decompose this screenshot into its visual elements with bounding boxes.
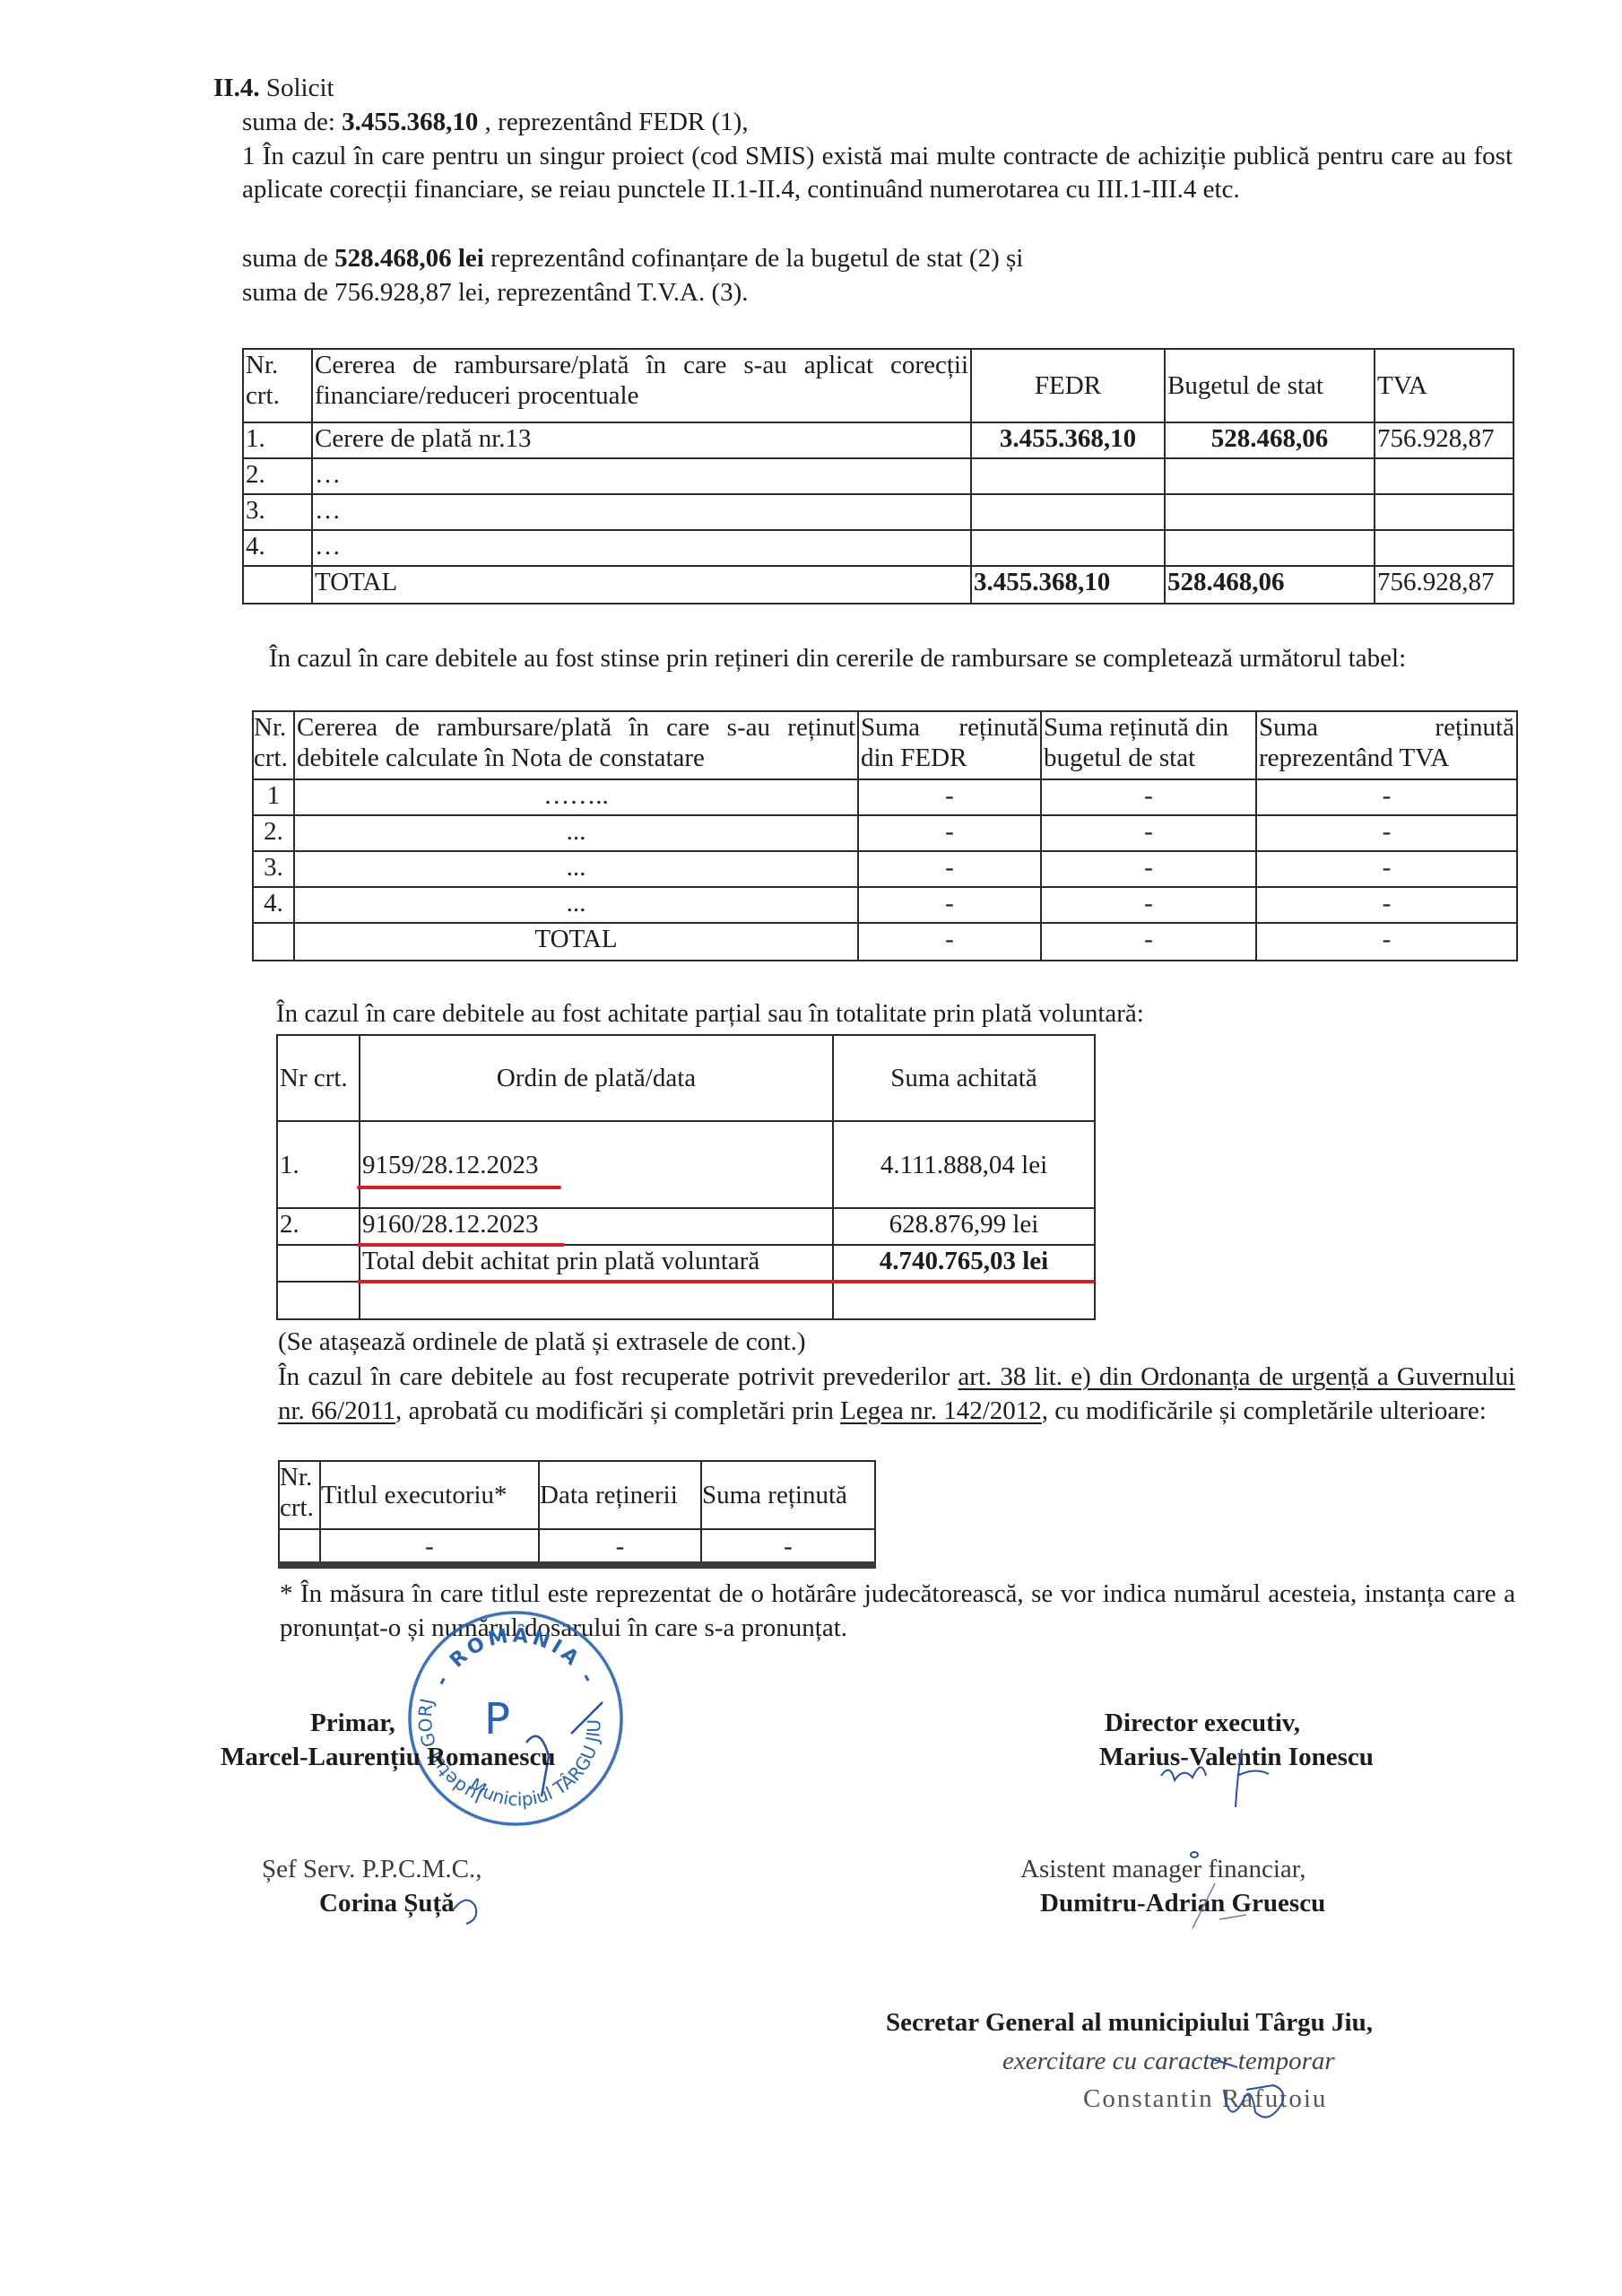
- header-cerere: Cererea de rambursare/plată în care s-au…: [294, 711, 858, 779]
- total-label: Total debit achitat prin plată voluntară: [360, 1245, 833, 1282]
- smis-note: 1 În cazul în care pentru un singur proi…: [242, 140, 1513, 206]
- red-underline-ordin-2: [357, 1243, 565, 1247]
- table-total-row: Total debit achitat prin plată voluntară…: [277, 1245, 1095, 1282]
- table-total-row: TOTAL 3.455.368,10 528.468,06 756.928,87: [243, 566, 1514, 604]
- cell-nr: [279, 1529, 320, 1565]
- total-buget: -: [1041, 923, 1256, 961]
- cell-fedr: -: [858, 815, 1041, 851]
- header-nr: Nr. crt.: [253, 711, 294, 779]
- retention-intro: În cazul în care debitele au fost stinse…: [269, 642, 1516, 675]
- official-stamp-icon: - ROMÂNIA - Județul GORJ Municipiul TÂRG…: [405, 1608, 626, 1829]
- cell-fedr: -: [858, 779, 1041, 815]
- tva-line: suma de 756.928,87 lei, reprezentând T.V…: [242, 276, 749, 309]
- corrections-table: Nr. crt. Cererea de rambursare/plată în …: [242, 348, 1514, 604]
- table-row: 4. …: [243, 530, 1514, 566]
- table-row: 1. 9159/28.12.2023 4.111.888,04 lei: [277, 1121, 1095, 1208]
- paragraph-text: , cu modificările și completările ulteri…: [1042, 1396, 1487, 1425]
- total-label: TOTAL: [312, 566, 971, 604]
- cell-buget: [1165, 530, 1375, 566]
- cell-cerere: ...: [294, 887, 858, 923]
- table-row: 4. ... - - -: [253, 887, 1517, 923]
- section-title: Solicit: [266, 74, 334, 102]
- sef-signature-icon: [448, 1883, 493, 1928]
- cell-data: -: [539, 1529, 701, 1565]
- cell-buget: -: [1041, 851, 1256, 887]
- cell-suma: -: [701, 1529, 875, 1565]
- table-row: 3. ... - - -: [253, 851, 1517, 887]
- total-fedr: 3.455.368,10: [971, 566, 1165, 604]
- director-signature-icon: [1157, 1740, 1282, 1812]
- total-label: TOTAL: [294, 923, 858, 961]
- paragraph-text: În cazul în care debitele au fost recupe…: [278, 1362, 950, 1391]
- fedr-amount: 3.455.368,10: [342, 108, 478, 136]
- cell-nr: 1.: [277, 1121, 360, 1208]
- line-prefix: suma de: [242, 244, 328, 273]
- cell-titlu: -: [320, 1529, 539, 1565]
- header-suma: Suma achitată: [833, 1035, 1095, 1121]
- cell-buget: -: [1041, 887, 1256, 923]
- header-tva: Suma reținută reprezentând TVA: [1256, 711, 1517, 779]
- table-row: 1. Cerere de plată nr.13 3.455.368,10 52…: [243, 422, 1514, 458]
- asistent-signature-icon: [1184, 1848, 1255, 1937]
- cell-buget: -: [1041, 779, 1256, 815]
- section-number: II.4.: [213, 74, 260, 102]
- asistent-title: Asistent manager financiar,: [1020, 1852, 1306, 1886]
- attach-note: (Se atașează ordinele de plată și extras…: [278, 1326, 806, 1359]
- cell-cerere: Cerere de plată nr.13: [312, 422, 971, 458]
- cell-buget: [1165, 458, 1375, 494]
- cell-fedr: -: [858, 851, 1041, 887]
- header-cerere: Cererea de rambursare/plată în care s-au…: [312, 349, 971, 422]
- cell-fedr: [971, 530, 1165, 566]
- total-fedr: -: [858, 923, 1041, 961]
- cell-fedr: -: [858, 887, 1041, 923]
- cofinantare-line: suma de 528.468,06 lei reprezentând cofi…: [242, 242, 1023, 275]
- header-buget: Bugetul de stat: [1165, 349, 1375, 422]
- red-underline-total: [357, 1280, 1095, 1283]
- cell-nr: 1: [253, 779, 294, 815]
- table-row: [277, 1282, 1095, 1319]
- cell-nr: [277, 1245, 360, 1282]
- cell-fedr: [971, 458, 1165, 494]
- cell-suma: [833, 1282, 1095, 1319]
- cell-nr: 2.: [253, 815, 294, 851]
- cell-suma: 4.111.888,04 lei: [833, 1121, 1095, 1208]
- voluntary-payment-intro: În cazul în care debitele au fost achita…: [276, 997, 1144, 1031]
- cell-buget: 528.468,06: [1165, 422, 1375, 458]
- cell-tva: [1375, 458, 1514, 494]
- header-titlu: Titlul executoriu*: [320, 1461, 539, 1529]
- cell-tva: -: [1256, 815, 1517, 851]
- voluntary-payment-table: Nr crt. Ordin de plată/data Suma achitat…: [276, 1034, 1096, 1320]
- primar-title: Primar,: [310, 1706, 395, 1740]
- cell-tva: -: [1256, 887, 1517, 923]
- primar-name: Marcel-Laurențiu Romanescu: [221, 1740, 555, 1774]
- header-nr: Nr crt.: [277, 1035, 360, 1121]
- secretar-signature-icon: [1201, 2040, 1300, 2130]
- cell-buget: -: [1041, 815, 1256, 851]
- table-row: - - -: [279, 1529, 875, 1565]
- fedr-amount-line: suma de: 3.455.368,10 , reprezentând FED…: [242, 106, 749, 139]
- table-total-row: TOTAL - - -: [253, 923, 1517, 961]
- cell-nr: 1.: [243, 422, 312, 458]
- paragraph-text: , aprobată cu modificări și completări p…: [395, 1396, 834, 1425]
- cofinantare-amount: 528.468,06 lei: [334, 244, 484, 273]
- cell-tva: [1375, 530, 1514, 566]
- total-buget: 528.468,06: [1165, 566, 1375, 604]
- legea-142-2012-link[interactable]: Legea nr. 142/2012: [840, 1396, 1042, 1425]
- red-underline-ordin-1: [357, 1186, 561, 1189]
- cell-ordin: 9159/28.12.2023: [360, 1121, 833, 1208]
- cell-tva: -: [1256, 779, 1517, 815]
- svg-text:- ROMÂNIA -: - ROMÂNIA -: [430, 1623, 600, 1690]
- header-fedr: FEDR: [971, 349, 1165, 422]
- cell-suma: 628.876,99 lei: [833, 1208, 1095, 1245]
- total-suma: 4.740.765,03 lei: [833, 1245, 1095, 1282]
- retention-table: Nr. crt. Cererea de rambursare/plată în …: [252, 710, 1518, 961]
- cell-fedr: [971, 494, 1165, 530]
- line-prefix: suma de:: [242, 108, 335, 136]
- table-header-row: Nr. crt. Cererea de rambursare/plată în …: [253, 711, 1517, 779]
- total-tva: 756.928,87: [1375, 566, 1514, 604]
- cell-ordin: [360, 1282, 833, 1319]
- header-tva: TVA: [1375, 349, 1514, 422]
- cell-tva: -: [1256, 851, 1517, 887]
- header-nr: Nr. crt.: [243, 349, 312, 422]
- cell-tva: [1375, 494, 1514, 530]
- table-header-row: Nr crt. Ordin de plată/data Suma achitat…: [277, 1035, 1095, 1121]
- cell-cerere: ...: [294, 815, 858, 851]
- cell-cerere: …: [312, 530, 971, 566]
- cell-nr: 3.: [253, 851, 294, 887]
- table-header-row: Nr. crt. Titlul executoriu* Data reținer…: [279, 1461, 875, 1529]
- header-ordin: Ordin de plată/data: [360, 1035, 833, 1121]
- stamp-center-letter: P: [484, 1694, 510, 1744]
- director-title: Director executiv,: [1105, 1706, 1300, 1740]
- cell-nr: 2.: [277, 1208, 360, 1245]
- cell-nr: 3.: [243, 494, 312, 530]
- sef-name: Corina Șuță: [319, 1886, 455, 1920]
- cell-cerere: ...: [294, 851, 858, 887]
- header-data: Data reținerii: [539, 1461, 701, 1529]
- header-buget: Suma reținută din bugetul de stat: [1041, 711, 1256, 779]
- table-header-row: Nr. crt. Cererea de rambursare/plată în …: [243, 349, 1514, 422]
- line-suffix: , reprezentând FEDR (1),: [485, 108, 749, 136]
- table-row: 1 …….. - - -: [253, 779, 1517, 815]
- recovery-paragraph: În cazul în care debitele au fost recupe…: [278, 1360, 1515, 1428]
- cell-nr: 4.: [243, 530, 312, 566]
- section-heading: II.4. Solicit: [213, 72, 334, 105]
- line-suffix: reprezentând cofinanțare de la bugetul d…: [490, 244, 1023, 273]
- table-row: 2. …: [243, 458, 1514, 494]
- stamp-top-text: - ROMÂNIA -: [430, 1623, 600, 1690]
- cell-nr: [277, 1282, 360, 1319]
- cell-cerere: …: [312, 494, 971, 530]
- cell-nr: [253, 923, 294, 961]
- sef-title: Șef Serv. P.P.C.M.C.,: [262, 1852, 481, 1886]
- header-suma: Suma reținută: [701, 1461, 875, 1529]
- header-fedr: Suma reținută din FEDR: [858, 711, 1041, 779]
- table-row: 2. 9160/28.12.2023 628.876,99 lei: [277, 1208, 1095, 1245]
- total-tva: -: [1256, 923, 1517, 961]
- table-row: 3. …: [243, 494, 1514, 530]
- cell-fedr: 3.455.368,10: [971, 422, 1165, 458]
- cell-nr: 2.: [243, 458, 312, 494]
- cell-nr: [243, 566, 312, 604]
- table-row: 2. ... - - -: [253, 815, 1517, 851]
- cell-buget: [1165, 494, 1375, 530]
- enforcement-table: Nr. crt. Titlul executoriu* Data reținer…: [278, 1460, 876, 1569]
- cell-tva: 756.928,87: [1375, 422, 1514, 458]
- cell-cerere: ……..: [294, 779, 858, 815]
- cell-nr: 4.: [253, 887, 294, 923]
- cell-ordin: 9160/28.12.2023: [360, 1208, 833, 1245]
- cell-cerere: …: [312, 458, 971, 494]
- secretar-title: Secretar General al municipiului Târgu J…: [886, 2005, 1373, 2039]
- header-nr: Nr. crt.: [279, 1461, 320, 1529]
